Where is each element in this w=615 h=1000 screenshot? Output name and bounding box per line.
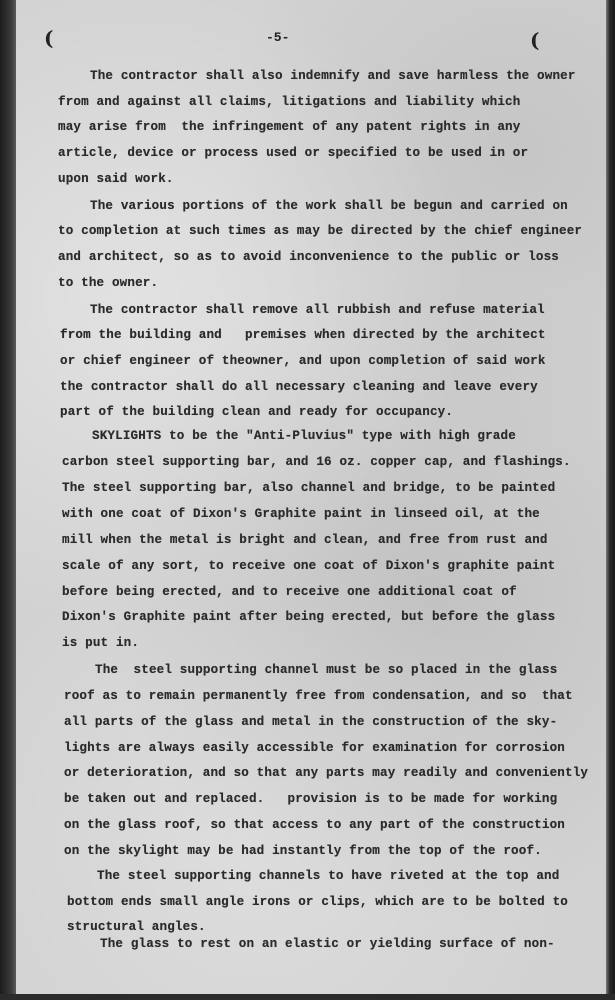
text-line: The various portions of the work shall b… [90, 199, 568, 213]
text-line: The glass to rest on an elastic or yield… [100, 937, 555, 951]
text-line: upon said work. [58, 172, 174, 186]
page-number: -5- [266, 30, 289, 45]
text-line: mill when the metal is bright and clean,… [62, 533, 548, 547]
text-line: all parts of the glass and metal in the … [64, 715, 557, 729]
text-line: lights are always easily accessible for … [64, 741, 565, 755]
text-line: The contractor shall also indemnify and … [90, 69, 576, 83]
text-line: Dixon's Graphite paint after being erect… [62, 610, 555, 624]
text-line: structural angles. [67, 920, 206, 934]
text-line: part of the building clean and ready for… [60, 405, 453, 419]
text-line: The steel supporting channel must be so … [95, 663, 557, 677]
scan-border-bottom [0, 994, 615, 1000]
text-line: or deterioration, and so that any parts … [64, 766, 588, 780]
text-line: bottom ends small angle irons or clips, … [67, 895, 568, 909]
text-line: article, device or process used or speci… [58, 146, 528, 160]
text-line: on the skylight may be had instantly fro… [64, 844, 542, 858]
text-line: and architect, so as to avoid inconvenie… [58, 250, 559, 264]
text-line: is put in. [62, 636, 139, 650]
text-line: be taken out and replaced. provision is … [64, 792, 557, 806]
text-line: may arise from the infringement of any p… [58, 120, 520, 134]
margin-mark-right: ( [530, 28, 539, 52]
text-line: or chief engineer of theowner, and upon … [60, 354, 546, 368]
text-line: from the building and premises when dire… [60, 328, 546, 342]
text-line: with one coat of Dixon's Graphite paint … [62, 507, 540, 521]
margin-mark-left: ( [44, 26, 53, 50]
text-line: to the owner. [58, 276, 158, 290]
text-line: from and against all claims, litigations… [58, 95, 520, 109]
text-line: The contractor shall remove all rubbish … [90, 303, 545, 317]
scan-border-left [0, 0, 16, 1000]
text-line: to completion at such times as may be di… [58, 224, 582, 238]
text-line: SKYLIGHTS to be the "Anti-Pluvius" type … [92, 429, 516, 443]
text-line: carbon steel supporting bar, and 16 oz. … [62, 455, 571, 469]
text-line: The steel supporting channels to have ri… [97, 869, 559, 883]
text-line: scale of any sort, to receive one coat o… [62, 559, 555, 573]
text-line: the contractor shall do all necessary cl… [60, 380, 538, 394]
text-line: roof as to remain permanently free from … [64, 689, 573, 703]
text-line: The steel supporting bar, also channel a… [62, 481, 555, 495]
text-line: on the glass roof, so that access to any… [64, 818, 565, 832]
scan-border-right [606, 0, 615, 1000]
text-line: before being erected, and to receive one… [62, 585, 517, 599]
